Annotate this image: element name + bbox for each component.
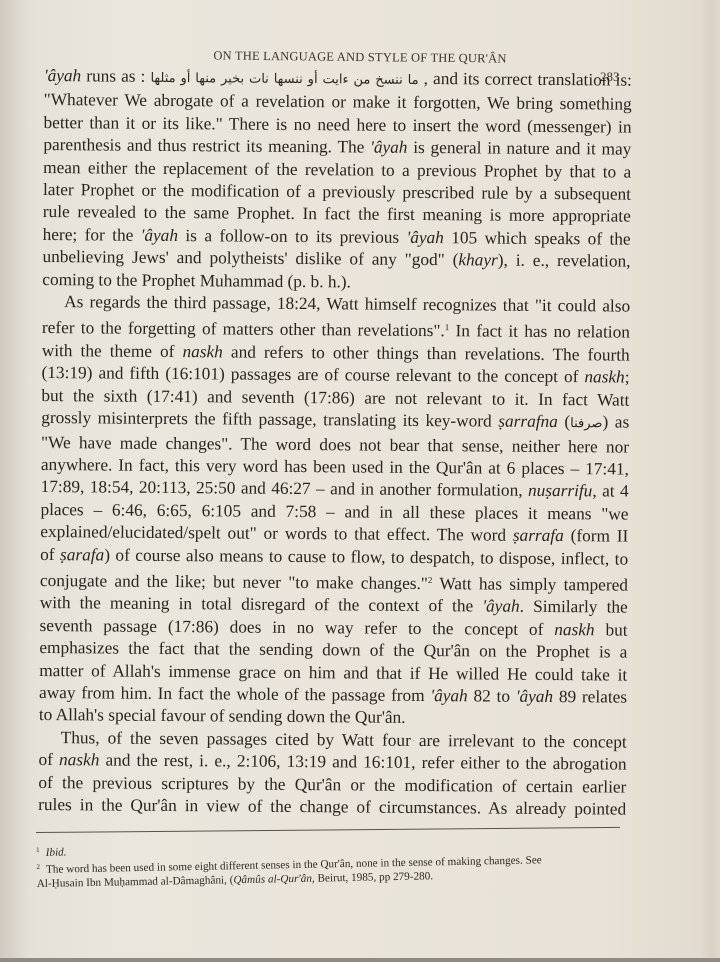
text-run: ; bbox=[625, 368, 630, 387]
italic-term: 'âyah bbox=[516, 687, 553, 706]
book-page: ON THE LANGUAGE AND STYLE OF THE QUR'ÂN … bbox=[0, 0, 720, 962]
text-run: rules in the Qur'ân in view of the chang… bbox=[38, 795, 626, 819]
text-run: 89 relates bbox=[553, 687, 627, 707]
text-run: ), i. e., revelation, bbox=[498, 251, 631, 271]
text-run: of bbox=[38, 750, 59, 769]
arabic-text: صرفنا bbox=[570, 416, 602, 431]
text-run: ( bbox=[558, 412, 570, 431]
italic-term: naskh bbox=[59, 750, 99, 769]
text-run: 17:89, 18:54, 20:113, 25:50 and 46:27 – … bbox=[41, 477, 528, 500]
body-text: 'âyah runs as : ما ننسخ من ءايت أو ننسها… bbox=[38, 65, 632, 821]
text-run: of the previous scriptures by the Qur'ân… bbox=[38, 773, 626, 797]
italic-term: naskh bbox=[584, 368, 624, 387]
text-run: unbelieving Jews' and polytheists' disli… bbox=[42, 247, 458, 269]
text-run: parenthesis and thus restrict its meanin… bbox=[43, 135, 370, 157]
text-run: runs as : bbox=[81, 66, 150, 86]
text-run: with the theme of bbox=[42, 341, 183, 361]
text-run: , Beirut, 1985, pp 279-280. bbox=[312, 870, 433, 884]
text-run: As regards the third passage, 18:24, Wat… bbox=[64, 292, 630, 315]
text-run: grossly misinterprets the fifth passage,… bbox=[41, 408, 498, 431]
italic-term: Ibid. bbox=[46, 846, 67, 858]
text-run: . Similarly the bbox=[520, 597, 628, 617]
text-run: 82 to bbox=[468, 686, 516, 705]
italic-term: ṣarrafna bbox=[498, 412, 558, 431]
italic-term: 'âyah bbox=[430, 686, 467, 705]
text-line: rules in the Qur'ân in view of the chang… bbox=[38, 794, 626, 821]
text-run: 105 which speaks of the bbox=[444, 228, 631, 248]
text-run: is a follow-on to its previous bbox=[178, 226, 407, 247]
text-run: seventh passage (17:86) does in no way r… bbox=[40, 616, 555, 639]
text-run: is general in nature and it may bbox=[407, 138, 631, 159]
italic-term: ṣarrafa bbox=[513, 526, 564, 545]
text-run: mean either the replacement of the revel… bbox=[43, 158, 631, 182]
text-run: ) of course also means to cause to flow,… bbox=[104, 545, 628, 568]
italic-term: Qâmûs al-Qur'ân bbox=[233, 873, 312, 887]
text-run: emphasizes the fact that the sending dow… bbox=[39, 638, 627, 662]
text-run: with the meaning in total disregard of t… bbox=[40, 593, 483, 615]
text-run: places – 6:46, 6:65, 6:105 and 7:58 – an… bbox=[40, 500, 628, 524]
footnote-divider bbox=[36, 827, 620, 833]
text-run: refer to the forgetting of matters other… bbox=[42, 318, 445, 340]
italic-term: nuṣarrifu bbox=[528, 481, 592, 501]
text-run: anywhere. In fact, this very word has be… bbox=[41, 455, 629, 479]
text-run: In fact it has no relation bbox=[449, 322, 630, 342]
italic-term: 'âyah bbox=[370, 138, 407, 157]
text-run: but bbox=[595, 620, 628, 639]
italic-term: 'âyah bbox=[141, 226, 178, 245]
text-run: "Whatever We abrogate of a revelation or… bbox=[44, 90, 632, 114]
text-run: Watt has simply tampered bbox=[432, 574, 628, 595]
text-run: of bbox=[40, 545, 60, 564]
footnote-number: 1 bbox=[36, 846, 40, 854]
italic-term: naskh bbox=[554, 620, 594, 639]
text-run: "We have made changes". The word does no… bbox=[41, 432, 629, 456]
text-run: (form II bbox=[564, 526, 629, 546]
text-run: coming to the Prophet Muhammad (p. b. h.… bbox=[42, 270, 351, 291]
italic-term: 'âyah bbox=[406, 228, 443, 247]
text-run: ) as bbox=[602, 412, 629, 431]
text-run: and refers to other things than revelati… bbox=[223, 342, 630, 364]
text-run: explained/elucidated/spelt out" or words… bbox=[40, 522, 513, 545]
text-run: but the sixth (17:41) and seventh (17:86… bbox=[41, 386, 629, 410]
footnotes: 1Ibid.2The word has been used in some ei… bbox=[36, 831, 637, 891]
text-run: away from him. In fact the whole of the … bbox=[39, 683, 431, 705]
italic-term: ṣarafa bbox=[60, 545, 104, 564]
text-run: , and its correct translation is: bbox=[419, 69, 632, 90]
text-run: (13:19) and fifth (16:101) passages are … bbox=[42, 363, 585, 386]
text-run: better than it or its like." There is no… bbox=[43, 113, 631, 137]
text-run: , at 4 bbox=[592, 482, 628, 501]
arabic-text: ما ننسخ من ءايت أو ننسها نات بخير منها أ… bbox=[150, 71, 418, 88]
italic-term: 'âyah bbox=[482, 597, 519, 616]
text-run: Al-Ḥusain Ibn Muḥammad al-Dâmaghâni, ( bbox=[37, 874, 234, 890]
footnote-number: 2 bbox=[36, 863, 40, 871]
text-run: and the rest, i. e., 2:106, 13:19 and 16… bbox=[99, 751, 626, 774]
italic-term: naskh bbox=[182, 342, 222, 361]
italic-term: 'âyah bbox=[44, 66, 81, 85]
text-run: matter of Allah's immense grace on him a… bbox=[39, 661, 627, 685]
text-run: later Prophet or the modification of a p… bbox=[43, 180, 631, 204]
text-run: to Allah's special favour of sending dow… bbox=[39, 705, 406, 727]
italic-term: khayr bbox=[458, 251, 498, 270]
text-run: conjugate and the like; but never "to ma… bbox=[40, 571, 428, 593]
text-run: rule revealed to the same Prophet. In fa… bbox=[43, 202, 631, 226]
text-run: Thus, of the seven passages cited by Wat… bbox=[61, 728, 627, 751]
text-run: here; for the bbox=[43, 225, 141, 245]
